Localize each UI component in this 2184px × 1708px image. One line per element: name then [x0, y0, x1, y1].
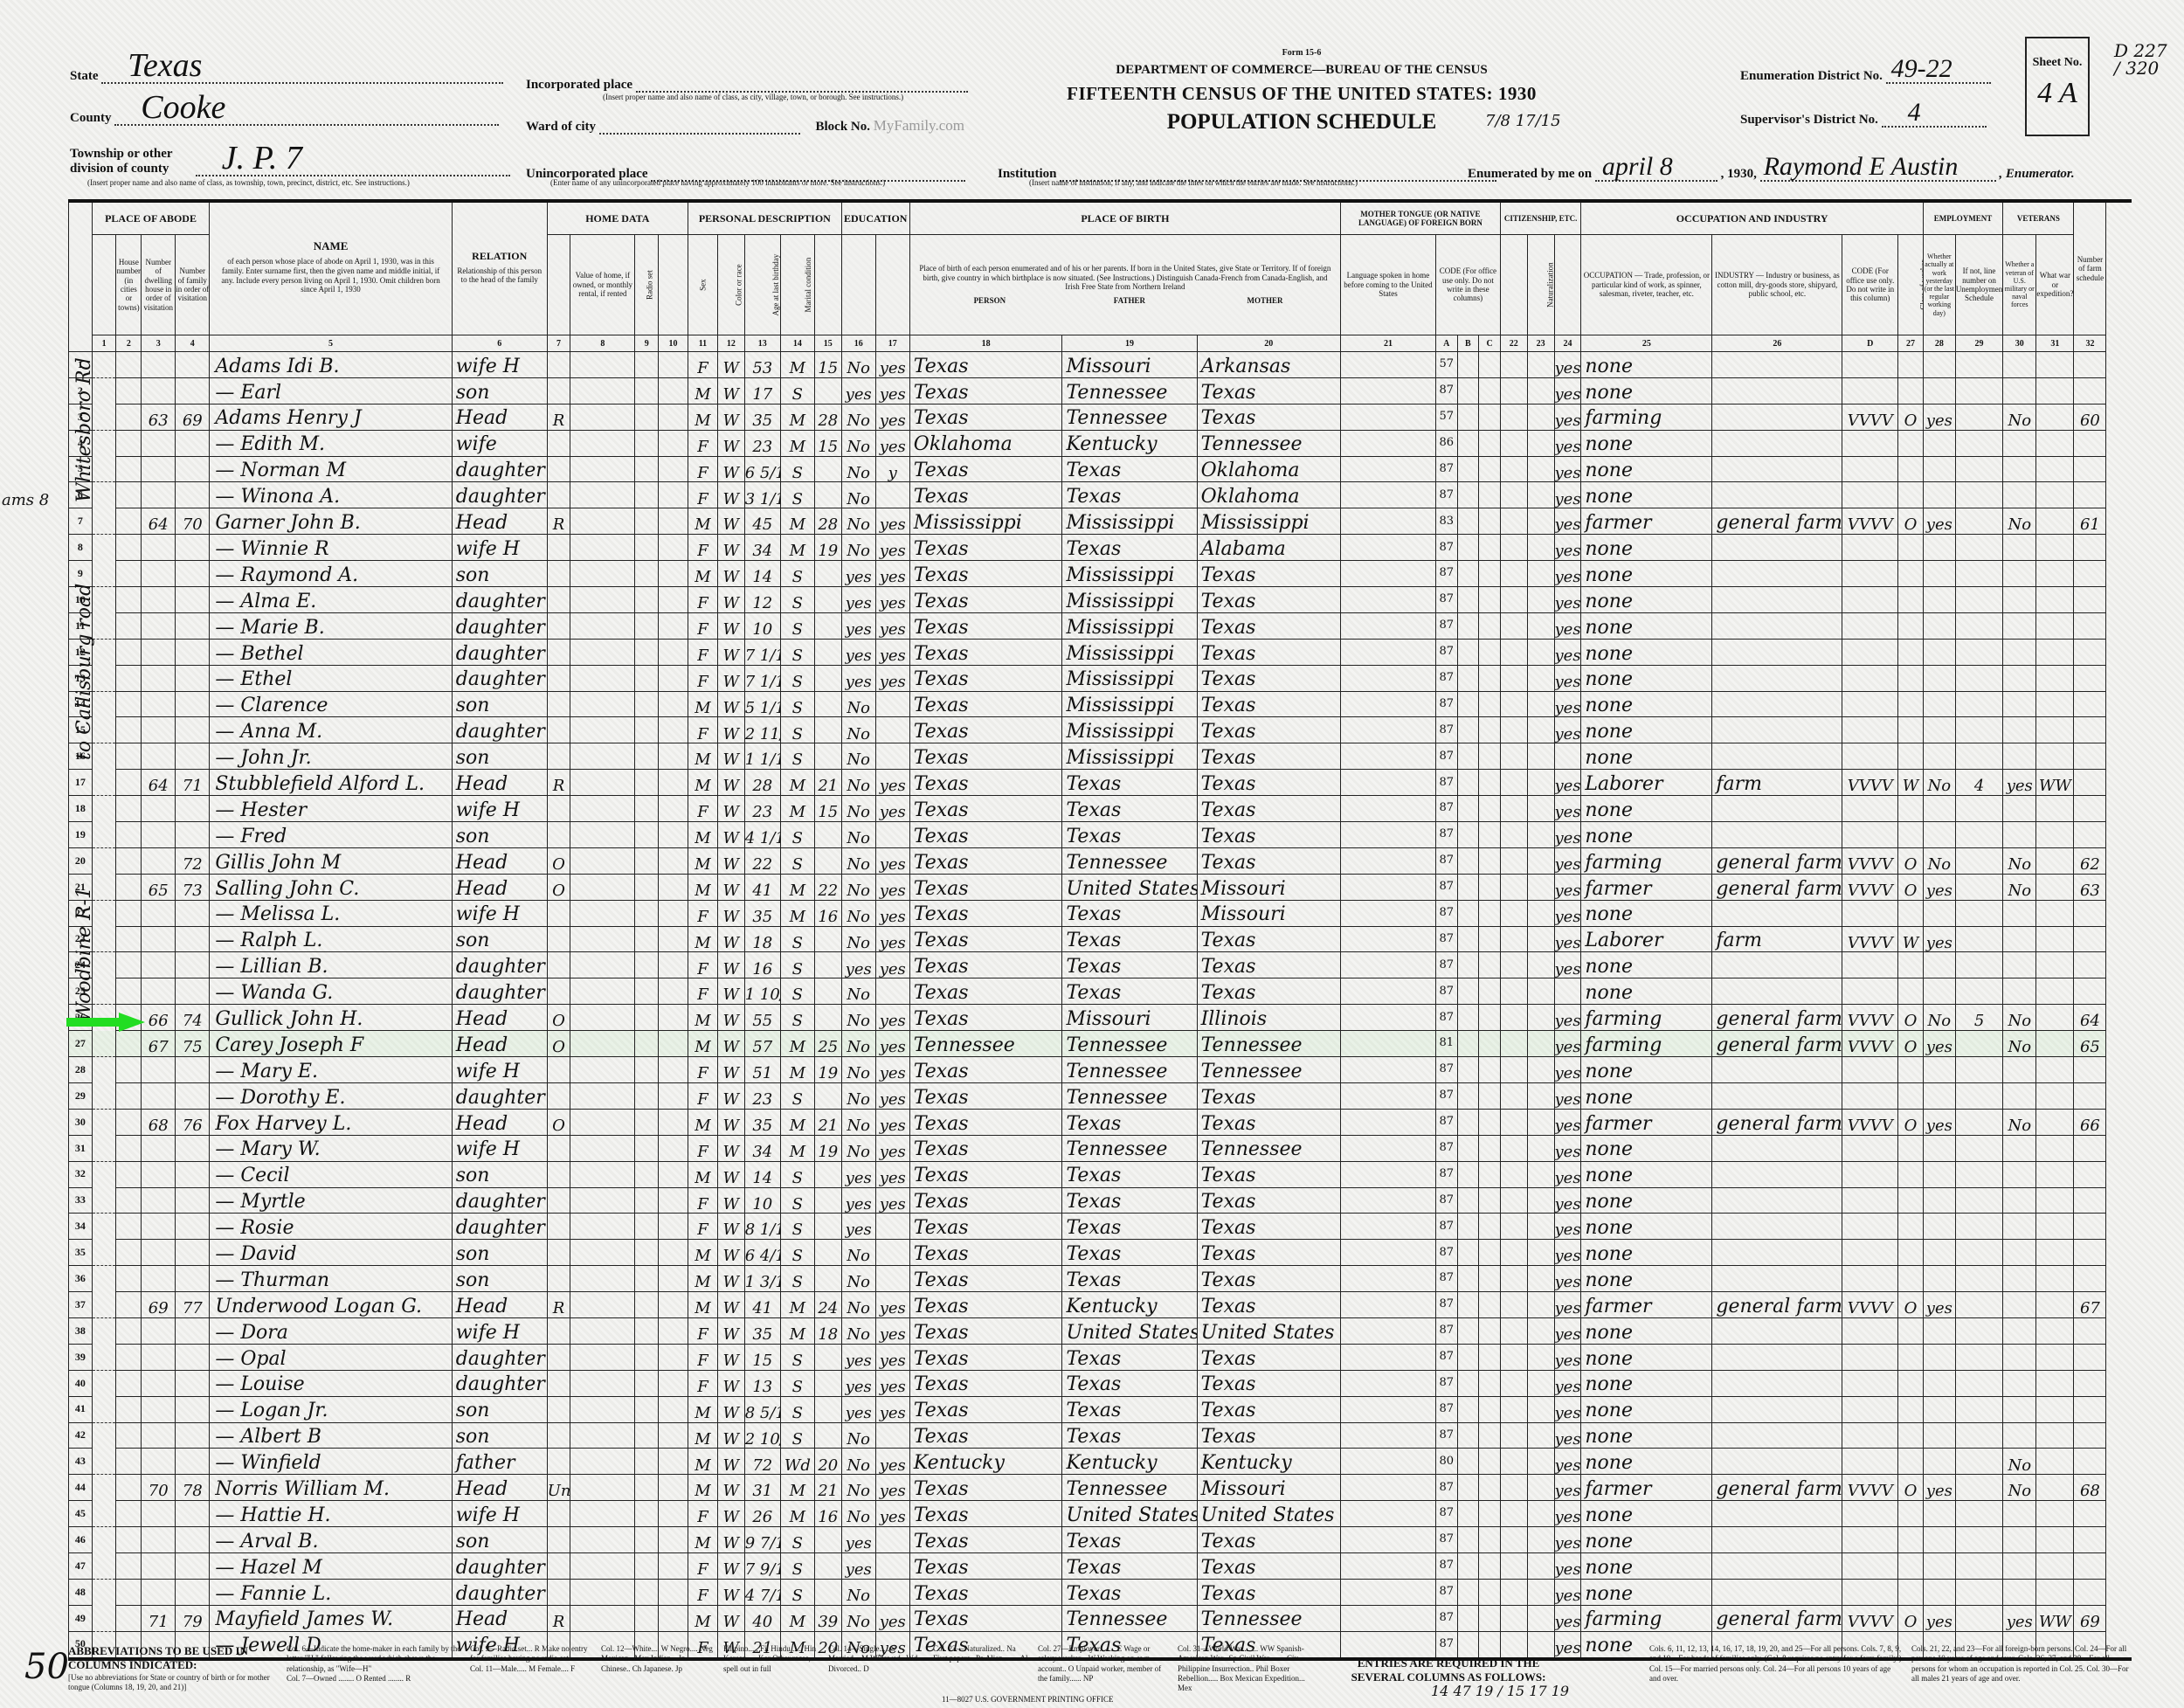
cell-value [570, 1370, 635, 1396]
cell-tongue [1341, 1422, 1436, 1449]
cell-race: W [717, 978, 744, 1005]
cell-natur [1527, 1135, 1554, 1161]
cell-sex: M [688, 822, 718, 848]
cell-relation: wife H [452, 1501, 547, 1527]
cell-english: yes [1554, 1396, 1581, 1422]
cell-father: Mississippi [1062, 612, 1197, 639]
cell-industry [1712, 535, 1842, 561]
cell-birth: Texas [909, 482, 1062, 508]
cell-vet [2003, 1396, 2036, 1422]
cell-class [1898, 1344, 1924, 1370]
header-veterans: VETERANS [2003, 201, 2074, 235]
cell-industry [1712, 1187, 1842, 1214]
cell-sex: M [688, 926, 718, 952]
cell-natur [1527, 1292, 1554, 1318]
abbreviations-title: ABBREVIATIONS TO BE USED IN COLUMNS INDI… [68, 1644, 278, 1673]
cell-birth: Texas [909, 1187, 1062, 1214]
cell-work [1923, 482, 1955, 508]
cell-name: — Marie B. [210, 612, 452, 639]
cell-age: 23 [744, 796, 780, 822]
street-cell [92, 1057, 116, 1083]
cell-school: yes [841, 1552, 875, 1579]
cell-codeC [1479, 377, 1501, 404]
cell-farm-no [2074, 1527, 2106, 1553]
cell-owned [547, 1135, 570, 1161]
header-house-number: House number (in cities or towns) [116, 235, 142, 335]
cell-work [1923, 587, 1955, 613]
cell-english: yes [1554, 1605, 1581, 1631]
cell-marital: S [780, 717, 814, 743]
cell-war [2036, 1317, 2074, 1344]
cell-read: yes [875, 796, 909, 822]
cell-natur [1527, 430, 1554, 456]
cell-birth: Texas [909, 1344, 1062, 1370]
cell-unemp [1955, 1579, 2002, 1605]
cell-unemp [1955, 1292, 2002, 1318]
cell-value [570, 1475, 635, 1501]
cell-race: W [717, 377, 744, 404]
cell-owned [547, 587, 570, 613]
cell-sex: F [688, 1501, 718, 1527]
cell-name: — Rosie [210, 1214, 452, 1240]
cell-farm-no [2074, 1344, 2106, 1370]
cell-marital: S [780, 1240, 814, 1266]
cell-tongue [1341, 952, 1436, 978]
cell-tongue [1341, 822, 1436, 848]
cell-codeA: 87 [1435, 1501, 1457, 1527]
cell-natur [1527, 743, 1554, 770]
cell-work [1923, 535, 1955, 561]
cell-race: W [717, 1082, 744, 1109]
column-number: 18 [909, 335, 1062, 352]
street-cell [92, 900, 116, 926]
cell-owned [547, 456, 570, 482]
cell-occupation: farmer [1581, 1109, 1712, 1135]
cell-mother: Texas [1197, 612, 1340, 639]
line-number: 34 [69, 1214, 93, 1240]
cell-immig [1500, 1317, 1527, 1344]
cell-natur [1527, 1240, 1554, 1266]
cell-name: — Myrtle [210, 1187, 452, 1214]
cell-sex: M [688, 1240, 718, 1266]
street-cell [92, 1187, 116, 1214]
cell-english: yes [1554, 1475, 1581, 1501]
cell-codeB [1457, 874, 1479, 900]
street-cell [92, 743, 116, 770]
line-number: 27 [69, 1031, 93, 1057]
cell-birth: Texas [909, 770, 1062, 796]
cell-farm [659, 1214, 688, 1240]
cell-marital: M [780, 1109, 814, 1135]
cell-farm-no [2074, 377, 2106, 404]
cell-birth: Texas [909, 352, 1062, 378]
cell-unemp [1955, 874, 2002, 900]
cell-owned [547, 1240, 570, 1266]
cell-farm-no: 61 [2074, 508, 2106, 535]
cell-tongue [1341, 717, 1436, 743]
cell-relation: wife H [452, 1135, 547, 1161]
cell-radio [635, 1475, 659, 1501]
cell-sex: M [688, 1449, 718, 1475]
table-row: 176471Stubblefield Alford L.HeadRMW28M21… [69, 770, 2132, 796]
cell-school: No [841, 482, 875, 508]
street-cell [92, 1344, 116, 1370]
cell-natur [1527, 900, 1554, 926]
cell-mother: Texas [1197, 1187, 1340, 1214]
cell-age: 2 10/12 [744, 1422, 780, 1449]
cell-school: No [841, 691, 875, 717]
cell-tongue [1341, 639, 1436, 665]
cell-war [2036, 1057, 2074, 1083]
cell-sex: F [688, 430, 718, 456]
cell-occupation: none [1581, 1344, 1712, 1370]
cell-work [1923, 430, 1955, 456]
cell-name: Garner John B. [210, 508, 452, 535]
cell-industry [1712, 1266, 1842, 1292]
cell-owned: R [547, 508, 570, 535]
cell-age-marr: 15 [814, 796, 841, 822]
cell-immig [1500, 900, 1527, 926]
cell-immig [1500, 587, 1527, 613]
cell-english: yes [1554, 1005, 1581, 1031]
cell-house [116, 1161, 142, 1187]
table-row: 33— MyrtledaughterFW10SyesyesTexasTexasT… [69, 1187, 2132, 1214]
cell-name: Norris William M. [210, 1475, 452, 1501]
cell-owned [547, 1266, 570, 1292]
cell-value [570, 978, 635, 1005]
enumerated-date: april 8 [1602, 154, 1673, 180]
street-cell [92, 404, 116, 430]
cell-mother: Texas [1197, 1161, 1340, 1187]
cell-english: yes [1554, 1240, 1581, 1266]
header-home-value: Value of home, if owned, or monthly rent… [570, 235, 635, 335]
cell-tongue [1341, 1475, 1436, 1501]
cell-farm [659, 352, 688, 378]
table-row: 45— Hattie H.wife HFW26M16NoyesTexasUnit… [69, 1501, 2132, 1527]
cell-class [1898, 796, 1924, 822]
cell-mother: Missouri [1197, 900, 1340, 926]
street-cell [92, 847, 116, 874]
cell-read: yes [875, 612, 909, 639]
cell-codeA: 87 [1435, 1109, 1457, 1135]
column-number: 21 [1341, 335, 1436, 352]
cell-vet [2003, 900, 2036, 926]
cell-codeB [1457, 1161, 1479, 1187]
cell-occupation: none [1581, 1317, 1712, 1344]
cell-family [176, 1187, 210, 1214]
cell-dwelling: 67 [142, 1031, 176, 1057]
cell-age: 34 [744, 535, 780, 561]
cell-codeC [1479, 1005, 1501, 1031]
cell-father: Tennessee [1062, 1605, 1197, 1631]
cell-farm-no: 60 [2074, 404, 2106, 430]
cell-house [116, 535, 142, 561]
cell-value [570, 1161, 635, 1187]
cell-war [2036, 926, 2074, 952]
cell-owned [547, 665, 570, 691]
cell-school: No [841, 456, 875, 482]
cell-class [1898, 1396, 1924, 1422]
cell-age: 1 3/12 [744, 1266, 780, 1292]
cell-unemp [1955, 1552, 2002, 1579]
corner-stamp: D 227 / 320 [2114, 42, 2175, 77]
cell-codeC [1479, 1057, 1501, 1083]
line-number: 32 [69, 1161, 93, 1187]
cell-name: — John Jr. [210, 743, 452, 770]
cell-class [1898, 1057, 1924, 1083]
cell-codeD: VVVV [1842, 1031, 1898, 1057]
cell-read [875, 717, 909, 743]
sd-value: 4 [1908, 100, 1921, 126]
cell-age-marr: 15 [814, 430, 841, 456]
cell-codeB [1457, 404, 1479, 430]
cell-father: Kentucky [1062, 1449, 1197, 1475]
cell-age: 34 [744, 1135, 780, 1161]
cell-owned [547, 482, 570, 508]
cell-marital: S [780, 1005, 814, 1031]
cell-read: yes [875, 508, 909, 535]
cell-read: yes [875, 847, 909, 874]
cell-radio [635, 978, 659, 1005]
cell-family: 70 [176, 508, 210, 535]
cell-english: yes [1554, 717, 1581, 743]
cell-birth: Texas [909, 1552, 1062, 1579]
cell-house [116, 1240, 142, 1266]
cell-school: No [841, 1422, 875, 1449]
cell-birth: Oklahoma [909, 430, 1062, 456]
cell-occupation: none [1581, 1501, 1712, 1527]
cell-radio [635, 1266, 659, 1292]
cell-name: — Anna M. [210, 717, 452, 743]
cell-read [875, 1422, 909, 1449]
cell-natur [1527, 612, 1554, 639]
cell-industry [1712, 1240, 1842, 1266]
cell-english [1554, 978, 1581, 1005]
cell-school: No [841, 535, 875, 561]
cell-vet [2003, 1266, 2036, 1292]
header-class-of-worker: Class of worker [1898, 235, 1924, 335]
cell-school: yes [841, 1370, 875, 1396]
table-row: 23— Ralph L.sonMW18SNoyesTexasTexasTexas… [69, 926, 2132, 952]
cell-school: yes [841, 1214, 875, 1240]
cell-name: Salling John C. [210, 874, 452, 900]
cell-birth: Texas [909, 717, 1062, 743]
cell-english: yes [1554, 1187, 1581, 1214]
cell-value [570, 847, 635, 874]
cell-radio [635, 1031, 659, 1057]
cell-war [2036, 978, 2074, 1005]
cell-race: W [717, 1501, 744, 1527]
cell-father: Tennessee [1062, 377, 1197, 404]
cell-family: 78 [176, 1475, 210, 1501]
cell-marital: S [780, 482, 814, 508]
cell-birth: Texas [909, 1422, 1062, 1449]
cell-tongue [1341, 1005, 1436, 1031]
cell-war [2036, 1266, 2074, 1292]
cell-relation: wife H [452, 1317, 547, 1344]
cell-farm-no: 67 [2074, 1292, 2106, 1318]
cell-marital: M [780, 1135, 814, 1161]
line-number: 36 [69, 1266, 93, 1292]
cell-industry [1712, 352, 1842, 378]
state-value: Texas [128, 49, 202, 82]
cell-farm-no [2074, 717, 2106, 743]
cell-tongue [1341, 1187, 1436, 1214]
cell-vet [2003, 482, 2036, 508]
cell-farm-no [2074, 691, 2106, 717]
cell-read: yes [875, 952, 909, 978]
cell-mother: Texas [1197, 926, 1340, 952]
cell-english [1554, 743, 1581, 770]
table-row: 39— OpaldaughterFW15SyesyesTexasTexasTex… [69, 1344, 2132, 1370]
cell-unemp [1955, 1187, 2002, 1214]
cell-class: O [1898, 1031, 1924, 1057]
cell-natur [1527, 847, 1554, 874]
tally-marks: 7/8 17/15 [1485, 112, 1561, 130]
cell-birth: Tennessee [909, 1031, 1062, 1057]
cell-radio [635, 952, 659, 978]
cell-codeC [1479, 1449, 1501, 1475]
cell-class: O [1898, 874, 1924, 900]
cell-age-marr [814, 1240, 841, 1266]
cell-industry [1712, 717, 1842, 743]
cell-tongue [1341, 665, 1436, 691]
cell-work [1923, 1579, 1955, 1605]
ward-field: Ward of city Block No. MyFamily.com [526, 114, 964, 135]
cell-natur [1527, 978, 1554, 1005]
abbreviations-footer: ABBREVIATIONS TO BE USED IN COLUMNS INDI… [68, 1644, 2132, 1705]
cell-dwelling: 71 [142, 1605, 176, 1631]
cell-age: 15 [744, 1344, 780, 1370]
cell-dwelling [142, 561, 176, 587]
cell-father: Texas [1062, 1266, 1197, 1292]
cell-occupation: none [1581, 1187, 1712, 1214]
cell-immig [1500, 1605, 1527, 1631]
cell-work [1923, 377, 1955, 404]
cell-age-marr: 28 [814, 404, 841, 430]
cell-codeA: 87 [1435, 1396, 1457, 1422]
street-cell [92, 639, 116, 665]
cell-family [176, 1135, 210, 1161]
cell-family [176, 691, 210, 717]
cell-sex: M [688, 561, 718, 587]
cell-sex: M [688, 770, 718, 796]
cell-dwelling [142, 1317, 176, 1344]
cell-relation: wife H [452, 1057, 547, 1083]
cell-read: yes [875, 1396, 909, 1422]
table-row: 376977Underwood Logan G.HeadRMW41M24Noye… [69, 1292, 2132, 1318]
cell-owned: R [547, 770, 570, 796]
cell-vet [2003, 587, 2036, 613]
street-annotation-1: Whitesboro Rd [73, 357, 95, 502]
cell-industry [1712, 1214, 1842, 1240]
cell-radio [635, 1240, 659, 1266]
cell-tongue [1341, 535, 1436, 561]
cell-birth: Texas [909, 665, 1062, 691]
cell-industry: general farming [1712, 1109, 1842, 1135]
cell-tongue [1341, 1057, 1436, 1083]
cell-father: Texas [1062, 900, 1197, 926]
cell-marital: S [780, 561, 814, 587]
street-cell [92, 1317, 116, 1344]
cell-family [176, 822, 210, 848]
cell-english: yes [1554, 1214, 1581, 1240]
cell-class [1898, 1240, 1924, 1266]
cell-war [2036, 639, 2074, 665]
header-place-of-abode: PLACE OF ABODE [92, 201, 210, 235]
cell-unemp [1955, 1082, 2002, 1109]
cell-codeA: 87 [1435, 978, 1457, 1005]
cell-race: W [717, 1370, 744, 1396]
cell-mother: Oklahoma [1197, 456, 1340, 482]
cell-farm [659, 1057, 688, 1083]
cell-read: yes [875, 1475, 909, 1501]
cell-sex: F [688, 456, 718, 482]
cell-race: W [717, 561, 744, 587]
cell-house [116, 482, 142, 508]
cell-farm-no [2074, 770, 2106, 796]
cell-value [570, 377, 635, 404]
table-row: 31— Mary W.wife HFW34M19NoyesTexasTennes… [69, 1135, 2132, 1161]
cell-codeB [1457, 822, 1479, 848]
cell-codeD [1842, 1057, 1898, 1083]
cell-codeB [1457, 1005, 1479, 1031]
cell-read: yes [875, 1005, 909, 1031]
cell-sex: F [688, 1187, 718, 1214]
cell-natur [1527, 1475, 1554, 1501]
cell-owned [547, 1057, 570, 1083]
cell-birth: Texas [909, 1240, 1062, 1266]
cell-codeD [1842, 1135, 1898, 1161]
cell-house [116, 1109, 142, 1135]
cell-farm [659, 1449, 688, 1475]
cell-radio [635, 404, 659, 430]
column-number: 1 [92, 335, 116, 352]
cell-sex: F [688, 1370, 718, 1396]
cell-read [875, 482, 909, 508]
cell-age: 1 1/12 [744, 743, 780, 770]
cell-occupation: farming [1581, 404, 1712, 430]
cell-codeA: 87 [1435, 1605, 1457, 1631]
cell-codeA: 87 [1435, 665, 1457, 691]
cell-immig [1500, 535, 1527, 561]
cell-dwelling: 69 [142, 1292, 176, 1318]
cell-occupation: none [1581, 482, 1712, 508]
cell-read [875, 743, 909, 770]
cell-family [176, 456, 210, 482]
cell-house [116, 874, 142, 900]
cell-farm-no [2074, 1422, 2106, 1449]
cell-marital: S [780, 1422, 814, 1449]
cell-industry: general farming [1712, 1005, 1842, 1031]
cell-family [176, 665, 210, 691]
cell-marital: M [780, 1501, 814, 1527]
cell-relation: daughter [452, 717, 547, 743]
state-field: State Texas [70, 63, 503, 84]
cell-relation: son [452, 561, 547, 587]
header-education: EDUCATION [841, 201, 909, 235]
cell-natur [1527, 1501, 1554, 1527]
cell-unemp [1955, 639, 2002, 665]
cell-mother: Tennessee [1197, 1031, 1340, 1057]
cell-natur [1527, 717, 1554, 743]
header-occupation: OCCUPATION — Trade, profession, or parti… [1581, 235, 1712, 335]
cell-codeC [1479, 1187, 1501, 1214]
street-cell [92, 874, 116, 900]
cell-sex: F [688, 978, 718, 1005]
cell-race: W [717, 1135, 744, 1161]
cell-tongue [1341, 377, 1436, 404]
